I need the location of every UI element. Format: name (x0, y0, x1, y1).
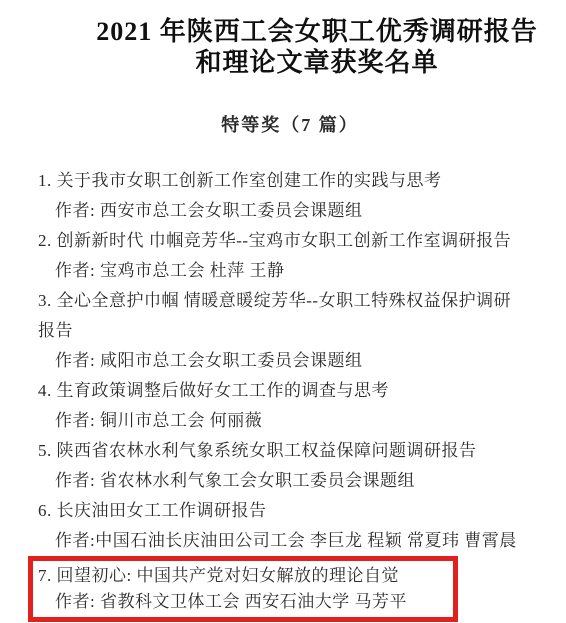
list-item: 1. 关于我市女职工创新工作室创建工作的实践与思考 作者: 西安市总工会女职工委… (38, 166, 548, 226)
award-author: 作者: 铜川市总工会 何丽薇 (38, 406, 548, 436)
award-author: 作者: 省教科文卫体工会 西安石油大学 马芳平 (38, 589, 453, 615)
document-title: 2021 年陕西工会女职工优秀调研报告 和理论文章获奖名单 (0, 0, 566, 78)
award-author: 作者:中国石油长庆油田公司工会 李巨龙 程颖 常夏玮 曹霄晨 (38, 526, 548, 556)
award-author: 作者: 省农林水利气象工会女职工委员会课题组 (38, 466, 548, 496)
award-title-wrap: 报告 (38, 316, 548, 346)
highlight-annotation-box: 7. 回望初心: 中国共产党对妇女解放的理论自觉 作者: 省教科文卫体工会 西安… (28, 556, 458, 622)
list-item: 4. 生育政策调整后做好女工工作的调查与思考 作者: 铜川市总工会 何丽薇 (38, 376, 548, 436)
award-author: 作者: 西安市总工会女职工委员会课题组 (38, 196, 548, 226)
list-item: 7. 回望初心: 中国共产党对妇女解放的理论自觉 作者: 省教科文卫体工会 西安… (38, 563, 453, 615)
award-title: 6. 长庆油田女工工作调研报告 (38, 496, 548, 526)
award-title: 4. 生育政策调整后做好女工工作的调查与思考 (38, 376, 548, 406)
award-title: 3. 全心全意护巾帼 情暖意暖绽芳华--女职工特殊权益保护调研 (38, 286, 548, 316)
list-item: 6. 长庆油田女工工作调研报告 作者:中国石油长庆油田公司工会 李巨龙 程颖 常… (38, 496, 548, 556)
award-title: 7. 回望初心: 中国共产党对妇女解放的理论自觉 (38, 563, 453, 589)
award-title: 5. 陕西省农林水利气象系统女职工权益保障问题调研报告 (38, 436, 548, 466)
list-item: 2. 创新新时代 巾帼竞芳华--宝鸡市女职工创新工作室调研报告 作者: 宝鸡市总… (38, 226, 548, 286)
document-page: 2021 年陕西工会女职工优秀调研报告 和理论文章获奖名单 特等奖（7 篇） 1… (0, 0, 566, 623)
list-item: 3. 全心全意护巾帼 情暖意暖绽芳华--女职工特殊权益保护调研 报告 作者: 咸… (38, 286, 548, 376)
list-item: 5. 陕西省农林水利气象系统女职工权益保障问题调研报告 作者: 省农林水利气象工… (38, 436, 548, 496)
document-title-line1: 2021 年陕西工会女职工优秀调研报告 (68, 16, 566, 47)
award-title: 2. 创新新时代 巾帼竞芳华--宝鸡市女职工创新工作室调研报告 (38, 226, 548, 256)
section-heading: 特等奖（7 篇） (0, 115, 566, 135)
award-author: 作者: 宝鸡市总工会 杜萍 王静 (38, 256, 548, 286)
document-title-line2: 和理论文章获奖名单 (68, 47, 566, 78)
award-list: 1. 关于我市女职工创新工作室创建工作的实践与思考 作者: 西安市总工会女职工委… (0, 166, 566, 622)
award-author: 作者: 咸阳市总工会女职工委员会课题组 (38, 346, 548, 376)
award-title: 1. 关于我市女职工创新工作室创建工作的实践与思考 (38, 166, 548, 196)
